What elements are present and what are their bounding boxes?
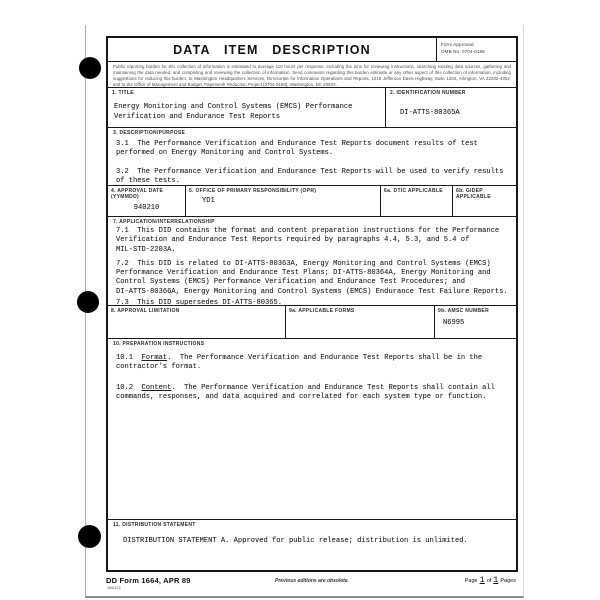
paragraph-10-1-text: . The Performance Verification and Endur… xyxy=(116,354,482,371)
applicable-forms-label: 9a. APPLICABLE FORMS xyxy=(289,308,431,314)
section-distribution-statement: 11. DISTRIBUTION STATEMENT DISTRIBUTION … xyxy=(108,520,516,570)
field-identification-number: 2. IDENTIFICATION NUMBER DI-ATTS-80365A xyxy=(385,88,516,127)
section10-label: 10. PREPARATION INSTRUCTIONS xyxy=(113,341,511,347)
field-gidep-applicable: 6b. GIDEP APPLICABLE xyxy=(452,186,516,216)
field-id-label: 2. IDENTIFICATION NUMBER xyxy=(390,90,512,96)
distribution-statement-value: DISTRIBUTION STATEMENT A. Approved for p… xyxy=(116,537,511,546)
paragraph-10-1-keyword: Format xyxy=(142,354,168,362)
section-application-interrelationship: 7. APPLICATION/INTERRELATIONSHIP 7.1 Thi… xyxy=(108,217,516,306)
field-approval-limitation: 8. APPROVAL LIMITATION xyxy=(108,306,285,338)
paragraph-7-2: 7.2 This DID is related to DI-ATTS-80363… xyxy=(116,260,511,297)
form-title: DATA ITEM DESCRIPTION xyxy=(173,43,371,57)
burden-statement-row: Public reporting burden for this collect… xyxy=(108,62,516,88)
dd-form-1664: DATA ITEM DESCRIPTION Form Approved OMB … xyxy=(106,36,518,572)
approval-limitation-row: 8. APPROVAL LIMITATION 9a. APPLICABLE FO… xyxy=(108,306,516,339)
section3-label: 3. DESCRIPTION/PURPOSE xyxy=(113,130,511,136)
approval-date-value: 940210 xyxy=(111,204,182,213)
paragraph-10-2: 10.2 Content. The Performance Verificati… xyxy=(116,384,511,403)
approval-limitation-label: 8. APPROVAL LIMITATION xyxy=(111,308,282,314)
scanned-document-canvas: DATA ITEM DESCRIPTION Form Approved OMB … xyxy=(0,0,600,600)
hole-punch-top-icon xyxy=(79,57,101,79)
approval-date-opr-row: 4. APPROVAL DATE (YYMMDD) 940210 5. OFFI… xyxy=(108,186,516,217)
paragraph-3-1: 3.1 The Performance Verification and End… xyxy=(116,140,511,159)
field-title-value: Energy Monitoring and Control Systems (E… xyxy=(112,103,381,122)
opr-label: 5. OFFICE OF PRIMARY RESPONSIBILITY (OPR… xyxy=(189,188,377,194)
form-approved-line1: Form Approved xyxy=(441,41,513,48)
paragraph-10-2-keyword: Content xyxy=(142,384,172,392)
paragraph-3-2: 3.2 The Performance Verification and End… xyxy=(116,168,511,187)
pages-word: Pages xyxy=(500,578,516,585)
section7-label: 7. APPLICATION/INTERRELATIONSHIP xyxy=(113,219,511,225)
dtic-label: 6a. DTIC APPLICABLE xyxy=(384,188,449,194)
print-code: 189/122 xyxy=(107,586,121,590)
form-header-row: DATA ITEM DESCRIPTION Form Approved OMB … xyxy=(108,38,516,62)
previous-editions-note: Previous editions are obsolete. xyxy=(106,578,518,584)
page-total: 1 xyxy=(491,576,500,584)
hole-punch-bottom-icon xyxy=(78,525,101,548)
section-description-purpose: 3. DESCRIPTION/PURPOSE 3.1 The Performan… xyxy=(108,128,516,186)
field-opr: 5. OFFICE OF PRIMARY RESPONSIBILITY (OPR… xyxy=(185,186,380,216)
section11-label: 11. DISTRIBUTION STATEMENT xyxy=(113,522,511,528)
hole-punch-middle-icon xyxy=(77,291,99,313)
approval-date-sublabel: (YYMMDD) xyxy=(111,194,182,200)
amsc-number-value: N6995 xyxy=(438,319,513,328)
paragraph-10-1: 10.1 Format. The Performance Verificatio… xyxy=(116,354,511,373)
section-preparation-instructions: 10. PREPARATION INSTRUCTIONS 10.1 Format… xyxy=(108,339,516,520)
field-title-label: 1. TITLE xyxy=(112,90,381,96)
form-footer: DD Form 1664, APR 89 189/122 Previous ed… xyxy=(106,575,518,597)
field-dtic-applicable: 6a. DTIC APPLICABLE xyxy=(380,186,452,216)
omb-number: OMB No. 0704-0188 xyxy=(441,48,513,55)
field-approval-date: 4. APPROVAL DATE (YYMMDD) 940210 xyxy=(108,186,185,216)
form-title-cell: DATA ITEM DESCRIPTION xyxy=(108,38,436,61)
page-word: Page xyxy=(465,578,478,585)
gidep-label: 6b. GIDEP APPLICABLE xyxy=(456,188,513,200)
paragraph-10-2-number: 10.2 xyxy=(116,384,142,392)
paper-sheet: DATA ITEM DESCRIPTION Form Approved OMB … xyxy=(85,25,524,598)
paragraph-10-1-number: 10.1 xyxy=(116,354,142,362)
field-amsc-number: 9b. AMSC NUMBER N6995 xyxy=(434,306,516,338)
page-number: 1 xyxy=(478,576,487,584)
amsc-number-label: 9b. AMSC NUMBER xyxy=(438,308,513,314)
paragraph-7-1: 7.1 This DID contains the format and con… xyxy=(116,227,511,255)
burden-statement: Public reporting burden for this collect… xyxy=(113,64,511,88)
field-title: 1. TITLE Energy Monitoring and Control S… xyxy=(108,88,385,127)
field-applicable-forms: 9a. APPLICABLE FORMS xyxy=(285,306,434,338)
field-id-value: DI-ATTS-80365A xyxy=(390,109,512,118)
page-indicator: Page 1 of 1 Pages xyxy=(465,576,516,584)
title-id-row: 1. TITLE Energy Monitoring and Control S… xyxy=(108,88,516,128)
paragraph-10-2-text: . The Performance Verification and Endur… xyxy=(116,384,495,401)
form-approved-box: Form Approved OMB No. 0704-0188 xyxy=(436,38,516,61)
opr-value: YD1 xyxy=(189,197,377,206)
